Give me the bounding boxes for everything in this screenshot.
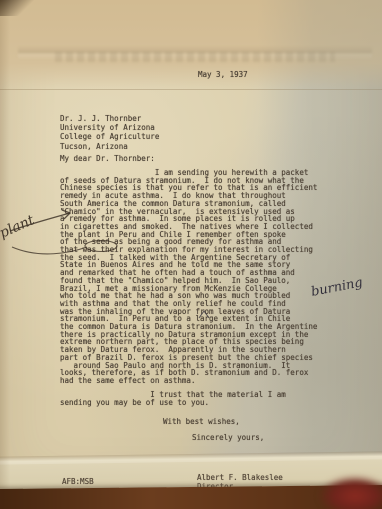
type-line: sending you may be of use to you. [60,399,286,407]
best-wishes-line: With best wishes, [163,417,240,426]
signature-name: Albert F. Blakeslee [197,473,283,482]
letter-photo: May 3, 1937 Dr. J. J. ThornberUniversity… [0,0,382,509]
type-line: University of Arizona [60,123,159,132]
recipient-address: Dr. J. J. ThornberUniversity of ArizonaC… [60,114,159,151]
left-edge-shadow [0,0,10,492]
type-line: Tucson, Arizona [60,142,159,151]
type-line: College of Agriculture [60,132,159,141]
type-line: Dr. J. J. Thornber [60,114,159,123]
letter-sheet: May 3, 1937 Dr. J. J. ThornberUniversity… [0,0,382,492]
letter-date: May 3, 1937 [198,70,248,79]
body-paragraph-1: I am sending you herewith a packetof see… [60,169,317,385]
signoff-line: Sincerely yours, [192,433,264,442]
type-line: had the same effect on asthma. [60,377,317,385]
reference-initials: AFB:MSB [62,477,94,486]
body-paragraph-2: I trust that the material I amsending yo… [60,391,286,406]
salutation: My dear Dr. Thornber: [60,154,155,163]
